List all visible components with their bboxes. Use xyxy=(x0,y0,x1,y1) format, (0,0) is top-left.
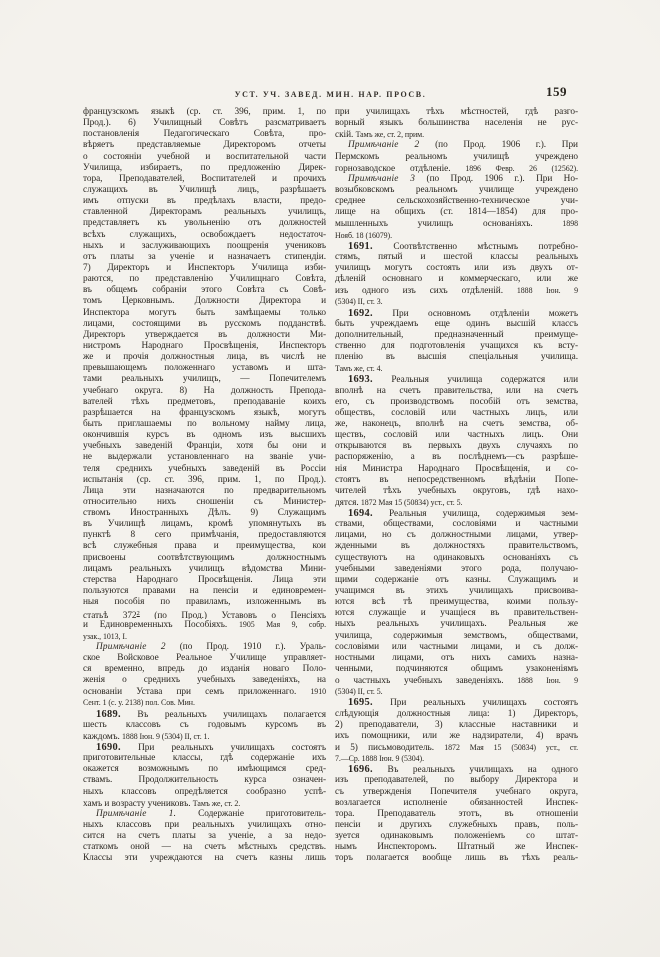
text-line: существуютъ на одинаковыхъ основаніяхъ с… xyxy=(335,553,578,564)
text-line: въ общемъ собраніи этого Совѣта съ Совѣ- xyxy=(83,285,326,296)
text-line: дѣленій основнаго и коммерческаго, или ж… xyxy=(335,274,578,285)
text-run: постановленія Педагогическаго Совѣта, пр… xyxy=(83,129,326,139)
text-line: пенсіи и другихъ служебныхъ правъ, поль- xyxy=(335,820,578,831)
text-line: и Единовременныхъ Пособіяхъ. 1905 Мая 9,… xyxy=(83,619,326,630)
text-line: женія о среднихъ учебныхъ заведеніяхъ, н… xyxy=(83,675,326,686)
text-line: Примѣчаніе 3 (по Прод. 1906 г.). При Но- xyxy=(335,174,578,185)
text-run: теля среднихъ учебныхъ заведеній въ Росс… xyxy=(83,464,326,474)
text-run: французскомъ языкѣ (ср. ст. 396, прим. 1… xyxy=(83,107,326,117)
text-run: 1896 Февр. 26 (12562). xyxy=(465,164,578,173)
text-line: изъ преподавателей, по выбору Директора … xyxy=(335,775,578,786)
text-run: Лица эти назначаются по предварительномъ xyxy=(83,486,326,496)
text-line: (5304) II, ст. 5. xyxy=(335,686,578,697)
text-run: стямъ, пятый и шестой классы реальныхъ xyxy=(335,252,578,262)
text-run: 1692. xyxy=(348,308,373,319)
text-line: ствамъ. Продолжительность курса означен- xyxy=(83,775,326,786)
text-line: основаніи Устава при семъ приложеннаго. … xyxy=(83,686,326,697)
text-run: Классы эти учреждаются на счетъ казны ли… xyxy=(83,853,326,863)
text-run: Тамъ же, ст. 4. xyxy=(335,364,382,373)
text-line: чителей тѣхъ учебныхъ округовъ, гдѣ нахо… xyxy=(335,486,578,497)
text-run: возлагается исполненіе обязанностей Инсп… xyxy=(335,798,578,808)
text-run: стоятъ въ непосредственномъ вѣдѣніи Попе… xyxy=(335,475,578,485)
text-line: ся временно, впредь до изданія новаго По… xyxy=(83,664,326,675)
text-run: статкомъ оной — на счетъ мѣстныхъ средст… xyxy=(83,842,326,852)
text-run: съ утвержденія Попечителя учебнаго округ… xyxy=(335,787,578,797)
text-line: ныя пособія по правиламъ, изложеннымъ въ xyxy=(83,597,326,608)
text-line: 1696. Въ реальныхъ училищахъ на одного xyxy=(335,764,578,775)
text-run: ставленной Директорамъ реальныхъ училищъ… xyxy=(83,207,326,217)
text-line: Примѣчаніе 2 (по Прод. 1910 г.). Ураль- xyxy=(83,642,326,653)
text-line: раются, по представленію Училищнаго Совѣ… xyxy=(83,274,326,285)
text-line: лицами, состоящими въ русскомъ подданств… xyxy=(83,319,326,330)
text-run: горнозаводское отдѣленіе. xyxy=(335,164,465,174)
text-run: Пермскомъ реальномъ училищѣ учреждено xyxy=(335,152,578,162)
text-run: существуютъ на одинаковыхъ основаніяхъ с… xyxy=(335,553,578,563)
text-run: изъ преподавателей, по выбору Директора … xyxy=(335,775,578,785)
text-line: нистромъ Народнаго Просвѣщенія, Инспекто… xyxy=(83,341,326,352)
text-line: распоряженію, а въ послѣднемъ—съ разрѣше… xyxy=(335,452,578,463)
text-run: вѣряетъ представляемые Директоромъ отчет… xyxy=(83,140,326,150)
text-line: лище на общихъ (ст. 1814—1854) для про- xyxy=(335,207,578,218)
text-run: пленію въ высшія спеціальныя училища. xyxy=(335,352,578,362)
text-line: ское Войсковое Реальное Училище управляе… xyxy=(83,653,326,664)
text-line: французскомъ языкѣ (ср. ст. 396, прим. 1… xyxy=(83,107,326,118)
text-run: ныя пособія по правиламъ, изложеннымъ въ xyxy=(83,597,326,607)
text-run: ствами, обществами, сословіями и частным… xyxy=(335,519,578,529)
text-run: женія о среднихъ учебныхъ заведеніяхъ, н… xyxy=(83,675,326,685)
text-line: ворный языкъ большинства населенія не ру… xyxy=(335,118,578,129)
page-number: 159 xyxy=(546,84,567,100)
text-run: о состояніи учебной и воспитательной час… xyxy=(83,152,326,162)
text-run: нымъ Инспекторомъ. Штатный же Инспек- xyxy=(335,842,578,852)
text-run: училищъ могутъ состоять или изъ двухъ от… xyxy=(335,263,578,273)
text-line: учебныхъ заведеній Франціи, хотя бы они … xyxy=(83,441,326,452)
text-line: Пермскомъ реальномъ училищѣ учреждено xyxy=(335,152,578,163)
text-run: 1898 xyxy=(562,219,578,228)
text-line: Примѣчаніе 2 (по Прод. 1906 г.). При xyxy=(335,140,578,151)
text-line: тора, Преподавателей, Воспитателей и про… xyxy=(83,174,326,185)
text-run: При реальныхъ училищахъ состоятъ xyxy=(121,743,326,753)
text-line: превышающемъ положеннаго уставомъ и шта- xyxy=(83,363,326,374)
text-line: изъ одного изъ сихъ отдѣленій. 1888 Іюн.… xyxy=(335,285,578,296)
text-line: съ утвержденія Попечителя учебнаго округ… xyxy=(335,787,578,798)
text-run: пользуются правами на пенсіи и единоврем… xyxy=(83,586,326,596)
text-line: стямъ, пятый и шестой классы реальныхъ xyxy=(335,252,578,263)
scanned-page: УСТ. УЧ. ЗАВЕД. МИН. НАР. ПРОСВ. 159 фра… xyxy=(0,0,660,957)
text-line: обществъ, сословій или частныхъ лицъ, ил… xyxy=(335,408,578,419)
text-line: быть приглашаемы по вольному найму лица, xyxy=(83,419,326,430)
text-run: ностными лицами, отъ нихъ самихъ назна- xyxy=(335,653,578,663)
text-line: всѣхъ служащихъ, освобождаетъ недостаточ… xyxy=(83,230,326,241)
text-run: дятся. xyxy=(335,498,361,508)
text-run: ются всѣ тѣ преимущества, коими пользу- xyxy=(335,597,578,607)
text-run: присвоены соотвѣтствующимъ должностнымъ xyxy=(83,553,326,563)
text-line: вѣряетъ представляемые Директоромъ отчет… xyxy=(83,140,326,151)
text-run: ныхъ и заслуживающихъ поощренія учеников… xyxy=(83,241,326,251)
text-line: училища, содержимыя земствомъ, обществам… xyxy=(335,631,578,642)
text-line: вполнѣ на счетъ правительства, или на сч… xyxy=(335,386,578,397)
text-line: Нояб. 18 (16079). xyxy=(335,230,578,241)
text-line: учебнаго округа. 8) На должность Препода… xyxy=(83,386,326,397)
text-line: ныхъ классовъ опредѣляется сообразно усп… xyxy=(83,787,326,798)
text-run: въ Училищѣ лицамъ, кромѣ упомянутыхъ въ xyxy=(83,519,326,529)
text-run: окажется возможнымъ по имѣющимся сред- xyxy=(83,764,326,774)
text-line: каждомъ. 1888 Іюн. 9 (5304) II, ст. 1. xyxy=(83,731,326,742)
text-run: ныхъ классовъ при реальныхъ училищахъ от… xyxy=(83,820,326,830)
text-line: Классы эти учреждаются на счетъ казны ли… xyxy=(83,853,326,864)
text-run: вателей тѣхъ предметовъ, преподаваніе ко… xyxy=(83,397,326,407)
text-line: томъ Церковнымъ. Должности Директора и xyxy=(83,296,326,307)
text-run: 7.—Ср. 1888 Іюн. 9 (5304). xyxy=(335,754,424,763)
text-run: При реальныхъ училищахъ состоятъ xyxy=(373,698,578,708)
text-run: Реальныя училища, содержимыя зем- xyxy=(373,509,578,519)
text-run: Училища, избираетъ, по предложенію Дирек… xyxy=(83,163,326,173)
text-run: всѣхъ служащихъ, освобождаетъ недостаточ… xyxy=(83,230,326,240)
text-run: томъ Церковнымъ. Должности Директора и xyxy=(83,296,326,306)
text-run: 1690. xyxy=(96,742,121,753)
text-run: (5304) II, ст. 3. xyxy=(335,297,383,306)
text-run: Тамъ же, ст. 2, прим. xyxy=(356,130,424,139)
text-line: ются служащіе и учащіеся въ правительств… xyxy=(335,608,578,619)
text-line: пользуются правами на пенсіи и единоврем… xyxy=(83,586,326,597)
text-line: возыбковскомъ реальномъ училище учрежден… xyxy=(335,185,578,196)
text-run: ихъ помощники, или же надзиратели, 4) вр… xyxy=(335,731,578,741)
text-run: 1693. xyxy=(348,374,373,385)
text-run: училища, содержимыя земствомъ, обществам… xyxy=(335,631,578,641)
text-run: быть учреждаемъ еще одинъ высшій классъ xyxy=(335,319,578,329)
text-run: возыбковскомъ реальномъ училище учрежден… xyxy=(335,185,578,195)
text-line: мышленныхъ училищъ основаніяхъ. 1898 xyxy=(335,218,578,229)
text-line: 7) Директоръ и Инспекторъ Училища изби- xyxy=(83,263,326,274)
text-run: дѣленій основнаго и коммерческаго, или ж… xyxy=(335,274,578,284)
text-line: не выдержали установленнаго на званіе уч… xyxy=(83,452,326,463)
text-line: учащимся въ этихъ училищахъ присвоива- xyxy=(335,586,578,597)
text-run: щими содержаніе отъ казны. Служащимъ и xyxy=(335,575,578,585)
text-run: учебными заведеніями этого рода, получаю… xyxy=(335,564,578,574)
text-line: служащихъ въ Училищѣ лицъ, разрѣшаетъ xyxy=(83,185,326,196)
text-run: 1910 xyxy=(310,687,326,696)
text-line: представляетъ къ увольненію отъ должност… xyxy=(83,218,326,229)
text-run: представляетъ къ увольненію отъ должност… xyxy=(83,218,326,228)
text-run: учащимся въ этихъ училищахъ присвоива- xyxy=(335,586,578,596)
text-line: щими содержаніе отъ казны. Служащимъ и xyxy=(335,575,578,586)
text-run: и Единовременныхъ Пособіяхъ. xyxy=(83,620,239,630)
text-run: 2) преподаватели, 3) классные наставники… xyxy=(335,720,578,730)
text-run: При основномъ отдѣленіи можетъ xyxy=(373,309,578,319)
text-run: тора. Преподаватель этотъ, въ отношеніи xyxy=(335,809,578,819)
text-line: тора. Преподаватель этотъ, въ отношеніи xyxy=(335,809,578,820)
text-line: учебными заведеніями этого рода, получаю… xyxy=(335,564,578,575)
text-line: 1693. Реальныя училища содержатся или xyxy=(335,374,578,385)
text-line: стоятъ въ непосредственномъ вѣдѣніи Попе… xyxy=(335,475,578,486)
text-run: Въ реальныхъ училищахъ полагается xyxy=(121,710,326,720)
text-line: 1695. При реальныхъ училищахъ состоятъ xyxy=(335,697,578,708)
text-line: теля среднихъ учебныхъ заведеній въ Росс… xyxy=(83,464,326,475)
text-line: всѣ служебныя права и преимущества, кои xyxy=(83,541,326,552)
text-run: 7) Директоръ и Инспекторъ Училища изби- xyxy=(83,263,326,273)
text-run: (по Прод.) Уставовъ о Пенсіяхъ xyxy=(140,611,326,619)
text-run: ствамъ. Продолжительность курса означен- xyxy=(83,775,326,785)
text-line: ществъ, сословій или частныхъ лицъ. Они xyxy=(335,430,578,441)
text-run: учебнаго округа. 8) На должность Препода… xyxy=(83,386,326,396)
text-line: возлагается исполненіе обязанностей Инсп… xyxy=(335,798,578,809)
text-run: ются служащіе и учащіеся въ правительств… xyxy=(335,608,578,618)
text-run: каждомъ. xyxy=(83,732,122,742)
text-line: слѣдующія должностныя лица: 1) Директоръ… xyxy=(335,709,578,720)
text-run: нія Министра Народнаго Просвѣщенія, и со… xyxy=(335,464,578,474)
text-line: же, наконецъ, вполнѣ на счетъ земства, о… xyxy=(335,419,578,430)
text-line: сословіями или частными лицами, и съ дол… xyxy=(335,642,578,653)
text-run: при училищахъ тѣхъ мѣстностей, гдѣ разго… xyxy=(335,107,578,117)
text-run: мышленныхъ училищъ основаніяхъ. xyxy=(335,219,562,229)
text-run: хамъ и возрасту учениковъ. xyxy=(83,799,193,809)
text-run: лицамъ реальныхъ училищъ вѣдомства Мини- xyxy=(83,564,326,574)
text-line: Лица эти назначаются по предварительномъ xyxy=(83,486,326,497)
text-line: ставленной Директорамъ реальныхъ училищъ… xyxy=(83,207,326,218)
text-line: сится на счетъ платы за ученіе, а за нед… xyxy=(83,831,326,842)
text-run: Нояб. 18 (16079). xyxy=(335,231,392,240)
text-line: хамъ и возрасту учениковъ. Тамъ же, ст. … xyxy=(83,798,326,809)
text-run: узак., 1013, I. xyxy=(83,632,127,641)
text-run: нистромъ Народнаго Просвѣщенія, Инспекто… xyxy=(83,341,326,351)
text-run: распоряженію, а въ послѣднемъ—съ разрѣше… xyxy=(335,452,578,462)
text-line: дятся. 1872 Мая 15 (50834) уст., ст. 5. xyxy=(335,497,578,508)
text-line: окончившія курсъ въ одномъ изъ высшихъ xyxy=(83,430,326,441)
text-line: имъ отпуски въ предѣлахъ власти, предо- xyxy=(83,196,326,207)
text-line: относительно нихъ сношеніи съ Министер- xyxy=(83,497,326,508)
text-run: о частныхъ учебныхъ заведеніяхъ. xyxy=(335,676,517,686)
text-run: быть приглашаемы по вольному найму лица, xyxy=(83,419,326,429)
text-line: приготовительные классы, гдѣ содержаніе … xyxy=(83,753,326,764)
text-line: ихъ помощники, или же надзиратели, 4) вр… xyxy=(335,731,578,742)
text-run: (5304) II, ст. 5. xyxy=(335,687,383,696)
text-run: 1888 Іюн. 9 xyxy=(517,286,578,295)
text-line: ныхъ реальныхъ училищахъ. Реальныя же xyxy=(335,619,578,630)
text-run: Примѣчаніе 2 xyxy=(348,140,419,150)
text-run: Инспектора могутъ быть замѣщаемы только xyxy=(83,308,326,318)
text-line: 7.—Ср. 1888 Іюн. 9 (5304). xyxy=(335,753,578,764)
text-columns: французскомъ языкѣ (ср. ст. 396, прим. 1… xyxy=(83,107,578,865)
right-column: при училищахъ тѣхъ мѣстностей, гдѣ разго… xyxy=(335,107,578,865)
text-run: изъ одного изъ сихъ отдѣленій. xyxy=(335,286,517,296)
text-run: тора, Преподавателей, Воспитателей и про… xyxy=(83,174,326,184)
text-line: лицамъ реальныхъ училищъ вѣдомства Мини- xyxy=(83,564,326,575)
text-line: разрѣшается на французскомъ языкѣ, могут… xyxy=(83,408,326,419)
text-line: Тамъ же, ст. 4. xyxy=(335,363,578,374)
text-line: торъ полагается вообще лишь въ тѣхъ реал… xyxy=(335,853,578,864)
text-line: вателей тѣхъ предметовъ, преподаваніе ко… xyxy=(83,397,326,408)
text-line: испытанія (ср. ст. 396, прим. 1, по Прод… xyxy=(83,475,326,486)
text-run: Примѣчаніе 2 xyxy=(96,642,166,652)
text-run: служащихъ въ Училищѣ лицъ, разрѣшаетъ xyxy=(83,185,326,195)
text-run: пенсіи и другихъ служебныхъ правъ, поль- xyxy=(335,820,578,830)
text-run: вполнѣ на счетъ правительства, или на сч… xyxy=(335,386,578,396)
text-run: ныхъ реальныхъ училищахъ. Реальныя же xyxy=(335,619,578,629)
text-line: Инспектора могутъ быть замѣщаемы только xyxy=(83,308,326,319)
text-line: и 5) письмоводитель. 1872 Мая 15 (50834)… xyxy=(335,742,578,753)
text-run: не выдержали установленнаго на званіе уч… xyxy=(83,452,326,462)
text-line: ностными лицами, отъ нихъ самихъ назна- xyxy=(335,653,578,664)
text-line: скій. Тамъ же, ст. 2, прим. xyxy=(335,129,578,140)
text-run: имъ отпуски въ предѣлахъ власти, предо- xyxy=(83,196,326,206)
text-line: ствомъ Иностранныхъ Дѣлъ. 9) Служащимъ xyxy=(83,508,326,519)
text-line: статьѣ 3722 (по Прод.) Уставовъ о Пенсія… xyxy=(83,608,326,619)
text-run: Содержаніе приготовитель- xyxy=(176,809,326,819)
page-header: УСТ. УЧ. ЗАВЕД. МИН. НАР. ПРОСВ. 159 xyxy=(83,86,578,102)
text-run: основаніи Устава при семъ приложеннаго. xyxy=(83,687,310,697)
text-line: училищъ могутъ состоять или изъ двухъ от… xyxy=(335,263,578,274)
text-line: Прод.). 6) Училищный Совѣтъ разсматривае… xyxy=(83,118,326,129)
text-line: присвоены соотвѣтствующимъ должностнымъ xyxy=(83,553,326,564)
text-run: (по Прод. 1906 г.). При xyxy=(419,140,578,150)
text-line: Сент. 1 (с. у. 2138) пол. Сов. Мин. xyxy=(83,697,326,708)
text-run: ствомъ Иностранныхъ Дѣлъ. 9) Служащимъ xyxy=(83,508,326,518)
text-line: дополнительный, предназначенный преимуще… xyxy=(335,330,578,341)
text-line: жденными въ должностяхъ правительствомъ, xyxy=(335,541,578,552)
text-line: о частныхъ учебныхъ заведеніяхъ. 1888 Ію… xyxy=(335,675,578,686)
text-run: его, съ производствомъ пособій отъ земст… xyxy=(335,397,578,407)
text-line: отъ платы за ученіе и назначаетъ стипенд… xyxy=(83,252,326,263)
text-run: превышающемъ положеннаго уставомъ и шта- xyxy=(83,363,326,373)
text-run: же и прочія должностныя лица, въ числѣ н… xyxy=(83,352,326,362)
text-run: 1691. xyxy=(348,241,373,252)
text-run: ществъ, сословій или частныхъ лицъ. Они xyxy=(335,430,578,440)
text-run: 1694. xyxy=(348,508,373,519)
text-run: 1695. xyxy=(348,697,373,708)
text-line: Примѣчаніе 1. Содержаніе приготовитель- xyxy=(83,809,326,820)
text-line: 2) преподаватели, 3) классные наставники… xyxy=(335,720,578,731)
text-line: узак., 1013, I. xyxy=(83,631,326,642)
text-line: 1690. При реальныхъ училищахъ состоятъ xyxy=(83,742,326,753)
text-line: 1694. Реальныя училища, содержимыя зем- xyxy=(335,508,578,519)
text-line: шесть классовъ съ годовымъ курсомъ въ xyxy=(83,720,326,731)
text-run: Примѣчаніе 3 xyxy=(348,174,415,184)
text-line: пунктѣ 8 сего примѣчанія, предоставляютс… xyxy=(83,530,326,541)
text-run: отъ платы за ученіе и назначаетъ стипенд… xyxy=(83,252,326,262)
text-run: сится на счетъ платы за ученіе, а за нед… xyxy=(83,831,326,841)
text-run: стерства Народнаго Просвѣщенія. Лица эти xyxy=(83,575,326,585)
text-line: нымъ Инспекторомъ. Штатный же Инспек- xyxy=(335,842,578,853)
text-run: скій. xyxy=(335,130,356,140)
text-line: пленію въ высшія спеціальныя училища. xyxy=(335,352,578,363)
text-run: Директоръ утверждается въ должности Ми- xyxy=(83,330,326,340)
text-line: о состояніи учебной и воспитательной час… xyxy=(83,152,326,163)
text-line: его, съ производствомъ пособій отъ земст… xyxy=(335,397,578,408)
text-run: торъ полагается вообще лишь въ тѣхъ реал… xyxy=(335,853,578,863)
text-line: горнозаводское отдѣленіе. 1896 Февр. 26 … xyxy=(335,163,578,174)
text-run: Прод.). 6) Училищный Совѣтъ разсматривае… xyxy=(83,118,326,128)
text-run: Реальныя училища содержатся или xyxy=(373,375,578,385)
text-line: ственно для подготовленія учащихся къ вс… xyxy=(335,341,578,352)
text-run: 1872 Мая 15 (50834) уст., ст. xyxy=(444,743,578,752)
left-column: французскомъ языкѣ (ср. ст. 396, прим. 1… xyxy=(83,107,326,865)
text-line: нія Министра Народнаго Просвѣщенія, и со… xyxy=(335,464,578,475)
text-line: ныхъ и заслуживающихъ поощренія учеников… xyxy=(83,241,326,252)
text-run: всѣ служебныя права и преимущества, кои xyxy=(83,541,326,551)
text-run: окончившія курсъ въ одномъ изъ высшихъ xyxy=(83,430,326,440)
text-run: 1689. xyxy=(96,709,121,720)
text-run: слѣдующія должностныя лица: 1) Директоръ… xyxy=(335,709,578,719)
text-run: зуется одинаковымъ положеніемъ со штат- xyxy=(335,831,578,841)
text-run: же, наконецъ, вполнѣ на счетъ земства, о… xyxy=(335,419,578,429)
text-run: (по Прод. 1906 г.). При Но- xyxy=(415,174,578,184)
text-line: 1689. Въ реальныхъ училищахъ полагается xyxy=(83,709,326,720)
text-line: стерства Народнаго Просвѣщенія. Лица эти xyxy=(83,575,326,586)
text-run: Примѣчаніе 1. xyxy=(96,809,176,819)
text-run: 1696. xyxy=(348,764,373,775)
text-run: въ общемъ собраніи этого Совѣта съ Совѣ- xyxy=(83,285,326,295)
text-run: (по Прод. 1910 г.). Ураль- xyxy=(166,642,326,652)
text-line: 1692. При основномъ отдѣленіи можетъ xyxy=(335,308,578,319)
text-run: испытанія (ср. ст. 396, прим. 1, по Прод… xyxy=(83,475,326,485)
text-line: быть учреждаемъ еще одинъ высшій классъ xyxy=(335,319,578,330)
text-line: лицами, но съ должностными лицами, утвер… xyxy=(335,530,578,541)
text-run: приготовительные классы, гдѣ содержаніе … xyxy=(83,753,326,763)
text-line: 1691. Соотвѣтственно мѣстнымъ потребно- xyxy=(335,241,578,252)
text-run: шесть классовъ съ годовымъ курсомъ въ xyxy=(83,720,326,730)
text-line: статкомъ оной — на счетъ мѣстныхъ средст… xyxy=(83,842,326,853)
text-run: ченными, подчиняются общимъ узаконеніямъ xyxy=(335,664,578,674)
text-line: въ Училищѣ лицамъ, кромѣ упомянутыхъ въ xyxy=(83,519,326,530)
text-run: сословіями или частными лицами, и съ дол… xyxy=(335,642,578,652)
text-run: Соотвѣтственно мѣстнымъ потребно- xyxy=(373,242,578,252)
text-run: относительно нихъ сношеніи съ Министер- xyxy=(83,497,326,507)
text-run: разрѣшается на французскомъ языкѣ, могут… xyxy=(83,408,326,418)
text-line: окажется возможнымъ по имѣющимся сред- xyxy=(83,764,326,775)
text-run: жденными въ должностяхъ правительствомъ, xyxy=(335,541,578,551)
text-run: обществъ, сословій или частныхъ лицъ, ил… xyxy=(335,408,578,418)
text-run: лище на общихъ (ст. 1814—1854) для про- xyxy=(335,207,578,217)
text-line: открываются въ первыхъ двухъ случаяхъ по xyxy=(335,441,578,452)
text-run: раются, по представленію Училищнаго Совѣ… xyxy=(83,274,326,284)
text-run: 1888 Іюн. 9 (5304) II, ст. 1. xyxy=(122,732,209,741)
text-run: учебныхъ заведеній Франціи, хотя бы они … xyxy=(83,441,326,451)
text-line: Директоръ утверждается въ должности Ми- xyxy=(83,330,326,341)
text-line: постановленія Педагогическаго Совѣта, пр… xyxy=(83,129,326,140)
text-run: среднее сельскохозяйственно-техническое … xyxy=(335,196,578,206)
text-run: лицами, состоящими въ русскомъ подданств… xyxy=(83,319,326,329)
text-line: среднее сельскохозяйственно-техническое … xyxy=(335,196,578,207)
text-line: ченными, подчиняются общимъ узаконеніямъ xyxy=(335,664,578,675)
text-line: ются всѣ тѣ преимущества, коими пользу- xyxy=(335,597,578,608)
text-line: при училищахъ тѣхъ мѣстностей, гдѣ разго… xyxy=(335,107,578,118)
text-run: ворный языкъ большинства населенія не ру… xyxy=(335,118,578,128)
text-line: тами реальныхъ училищъ, — Попечителемъ xyxy=(83,374,326,385)
text-run: 1888 Іюн. 9 xyxy=(517,676,578,685)
text-run: Тамъ же, ст. 2. xyxy=(193,799,240,808)
text-run: ся временно, впредь до изданія новаго По… xyxy=(83,664,326,674)
text-line: (5304) II, ст. 3. xyxy=(335,296,578,307)
text-run: Въ реальныхъ училищахъ на одного xyxy=(373,765,578,775)
text-run: открываются въ первыхъ двухъ случаяхъ по xyxy=(335,441,578,451)
text-run: дополнительный, предназначенный преимуще… xyxy=(335,330,578,340)
text-run: лицами, но съ должностными лицами, утвер… xyxy=(335,530,578,540)
text-run: статьѣ 372 xyxy=(83,611,137,619)
text-run: чителей тѣхъ учебныхъ округовъ, гдѣ нахо… xyxy=(335,486,578,496)
text-run: Сент. 1 (с. у. 2138) пол. Сов. Мин. xyxy=(83,698,195,707)
text-line: же и прочія должностныя лица, въ числѣ н… xyxy=(83,352,326,363)
text-line: зуется одинаковымъ положеніемъ со штат- xyxy=(335,831,578,842)
running-title: УСТ. УЧ. ЗАВЕД. МИН. НАР. ПРОСВ. xyxy=(83,90,578,99)
text-run: ское Войсковое Реальное Училище управляе… xyxy=(83,653,326,663)
text-run: и 5) письмоводитель. xyxy=(335,743,444,753)
text-run: тами реальныхъ училищъ, — Попечителемъ xyxy=(83,374,326,384)
text-line: ствами, обществами, сословіями и частным… xyxy=(335,519,578,530)
text-run: 1905 Мая 9, собр. xyxy=(239,620,326,629)
text-line: Училища, избираетъ, по предложенію Дирек… xyxy=(83,163,326,174)
text-run: ственно для подготовленія учащихся къ вс… xyxy=(335,341,578,351)
text-run: ныхъ классовъ опредѣляется сообразно усп… xyxy=(83,787,326,797)
